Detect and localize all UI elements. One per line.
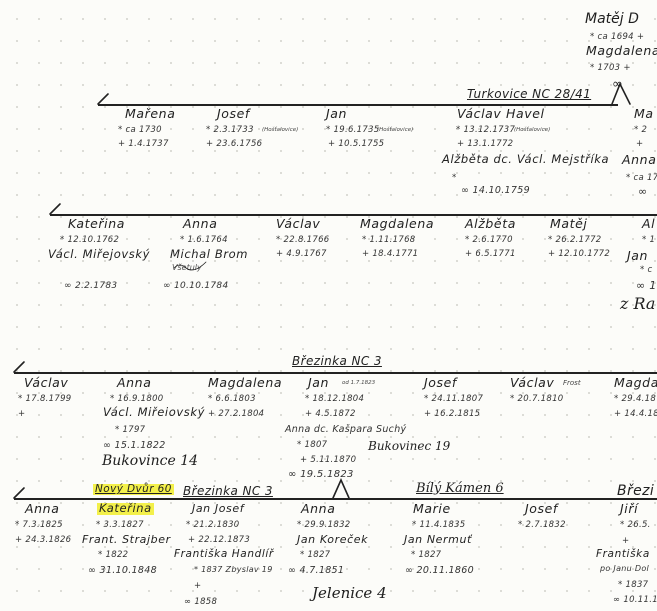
gen4-line-hook — [14, 488, 24, 498]
gen1-line-hook — [98, 94, 108, 104]
gen1-branch-peak — [612, 84, 630, 104]
gen4-branch-peak — [333, 480, 349, 498]
genealogy-sheet: Matěj D * ca 1694 + Magdalena * 1703 + ∞… — [0, 0, 657, 611]
gen2-line-hook — [50, 204, 60, 214]
tree-connectors — [0, 0, 657, 611]
gen3-line-hook — [14, 362, 24, 372]
handwritten-scribble — [174, 262, 206, 270]
